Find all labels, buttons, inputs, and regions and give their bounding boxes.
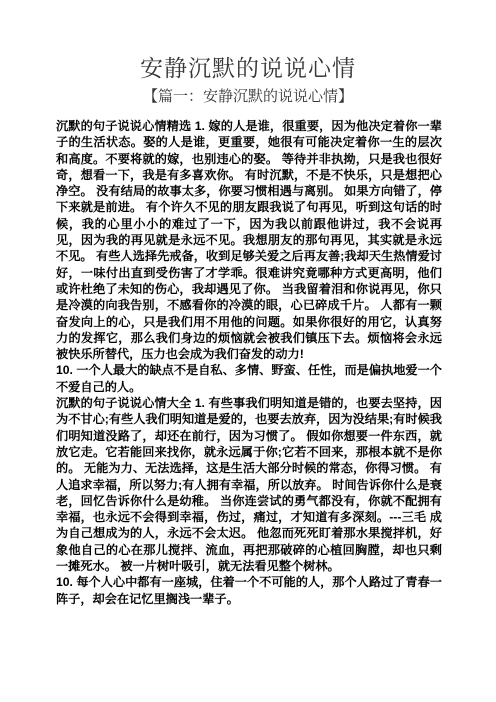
document-body: 沉默的句子说说心情精选 1. 嫁的人是谁，很重要，因为他决定着你一辈子的生活状态… xyxy=(56,118,442,607)
paragraph: 10. 每个人心中都有一座城，住着一个不可能的人，那个人路过了青春一阵子，却会在… xyxy=(56,574,442,607)
page-title: 安静沉默的说说心情 xyxy=(0,0,496,83)
paragraph: 沉默的句子说说心情大全 1. 有些事我们明知道是错的，也要去坚持，因为不甘心;有… xyxy=(56,395,442,574)
document-page: 安静沉默的说说心情 【篇一：安静沉默的说说心情】 沉默的句子说说心情精选 1. … xyxy=(0,0,496,702)
paragraph: 沉默的句子说说心情精选 1. 嫁的人是谁，很重要，因为他决定着你一辈子的生活状态… xyxy=(56,118,442,362)
section-subtitle: 【篇一：安静沉默的说说心情】 xyxy=(0,83,496,106)
paragraph: 10. 一个人最大的缺点不是自私、多情、野蛮、任性，而是偏执地爱一个不爱自己的人… xyxy=(56,362,442,395)
